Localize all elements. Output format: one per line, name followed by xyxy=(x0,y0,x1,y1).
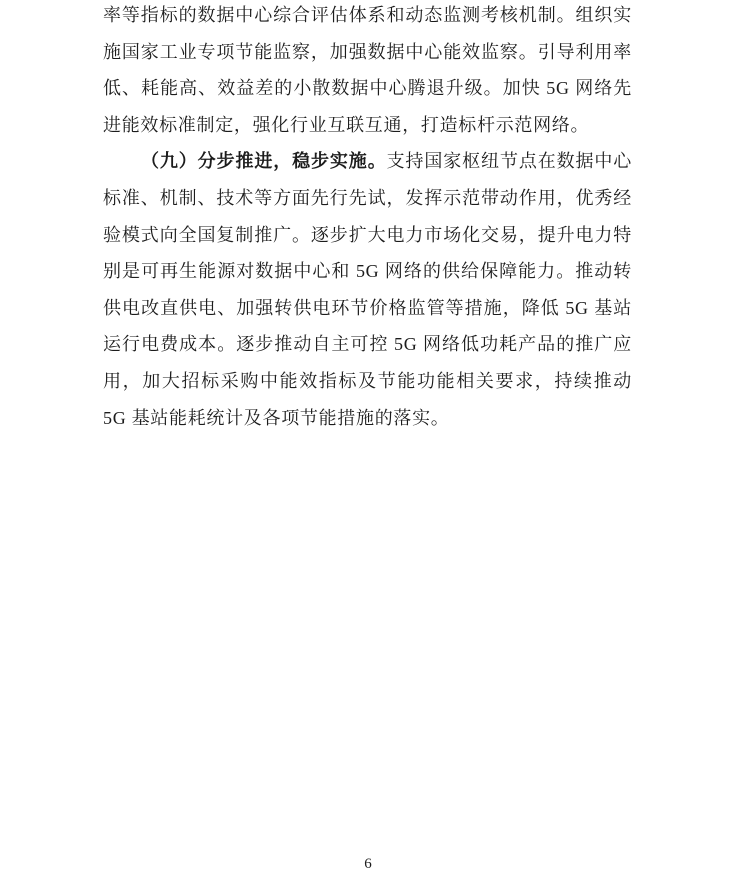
paragraph-line: 施国家工业专项节能监察，加强数据中心能效监察。引导利用率 xyxy=(103,34,632,71)
document-page: 率等指标的数据中心综合评估体系和动态监测考核机制。组织实 施国家工业专项节能监察… xyxy=(0,0,736,878)
page-number: 6 xyxy=(0,855,736,873)
paragraph-line: 别是可再生能源对数据中心和 5G 网络的供给保障能力。推动转 xyxy=(103,253,632,290)
body-text: 率等指标的数据中心综合评估体系和动态监测考核机制。组织实 施国家工业专项节能监察… xyxy=(103,0,632,436)
paragraph-line: 标准、机制、技术等方面先行先试，发挥示范带动作用，优秀经 xyxy=(103,180,632,217)
paragraph-line: 率等指标的数据中心综合评估体系和动态监测考核机制。组织实 xyxy=(103,0,632,34)
section-heading: （九）分步推进，稳步实施。 xyxy=(141,151,387,171)
paragraph-line: 进能效标准制定，强化行业互联互通，打造标杆示范网络。 xyxy=(103,107,632,144)
paragraph-line: 用，加大招标采购中能效指标及节能功能相关要求，持续推动 xyxy=(103,363,632,400)
paragraph-line: 供电改直供电、加强转供电环节价格监管等措施，降低 5G 基站 xyxy=(103,290,632,327)
paragraph-text: 支持国家枢纽节点在数据中心 xyxy=(387,151,632,171)
paragraph-line: 5G 基站能耗统计及各项节能措施的落实。 xyxy=(103,400,632,437)
paragraph-line: 低、耗能高、效益差的小散数据中心腾退升级。加快 5G 网络先 xyxy=(103,70,632,107)
paragraph-line: （九）分步推进，稳步实施。支持国家枢纽节点在数据中心 xyxy=(103,143,632,180)
paragraph-line: 运行电费成本。逐步推动自主可控 5G 网络低功耗产品的推广应 xyxy=(103,326,632,363)
paragraph-line: 验模式向全国复制推广。逐步扩大电力市场化交易，提升电力特 xyxy=(103,217,632,254)
